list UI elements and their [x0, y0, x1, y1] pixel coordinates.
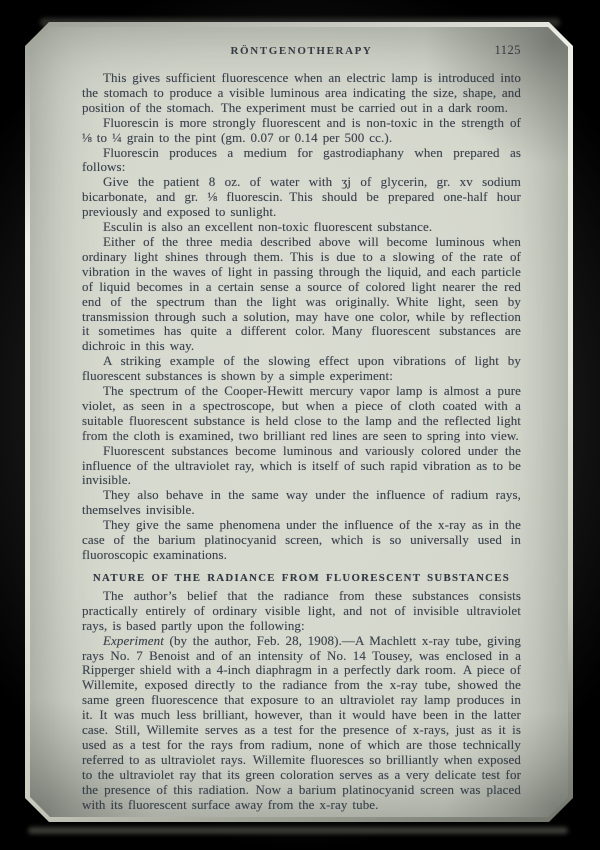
section-heading: NATURE OF THE RADIANCE FROM FLUORESCENT …	[82, 572, 521, 584]
body-copy: This gives sufficient fluorescence when …	[82, 71, 521, 813]
paragraph: Fluorescin is more strongly fluorescent …	[82, 116, 521, 146]
book-page: RÖNTGENOTHERAPY 1125 This gives sufficie…	[30, 27, 568, 817]
paragraph: A striking example of the slowing effect…	[82, 354, 521, 384]
paragraph: Fluorescin produces a medium for gastrod…	[82, 146, 521, 176]
surface-edge-bottom	[28, 827, 568, 834]
paragraph: Esculin is also an excellent non-toxic f…	[82, 220, 521, 235]
paragraph: Either of the three media described abov…	[82, 235, 521, 354]
photo-background: RÖNTGENOTHERAPY 1125 This gives sufficie…	[0, 0, 600, 850]
experiment-paragraph: Experiment (by the author, Feb. 28, 1908…	[82, 634, 521, 813]
page-number: 1125	[494, 43, 521, 58]
paragraph: The spectrum of the Cooper-Hewitt mercur…	[82, 384, 521, 444]
paragraph: Fluorescent substances become luminous a…	[82, 444, 521, 489]
paragraph: The author’s belief that the radiance fr…	[82, 589, 521, 634]
paragraph: This gives sufficient fluorescence when …	[82, 71, 521, 116]
experiment-label: Experiment	[103, 633, 164, 648]
paragraph: Give the patient 8 oz. of water with ʒj …	[82, 175, 521, 220]
page-text-column: RÖNTGENOTHERAPY 1125 This gives sufficie…	[82, 41, 521, 813]
running-head: RÖNTGENOTHERAPY 1125	[82, 41, 521, 63]
paragraph: They give the same phenomena under the i…	[82, 518, 521, 563]
experiment-text: (by the author, Feb. 28, 1908).—A Machle…	[82, 633, 521, 812]
running-title: RÖNTGENOTHERAPY	[82, 45, 521, 57]
paragraph: They also behave in the same way under t…	[82, 488, 521, 518]
